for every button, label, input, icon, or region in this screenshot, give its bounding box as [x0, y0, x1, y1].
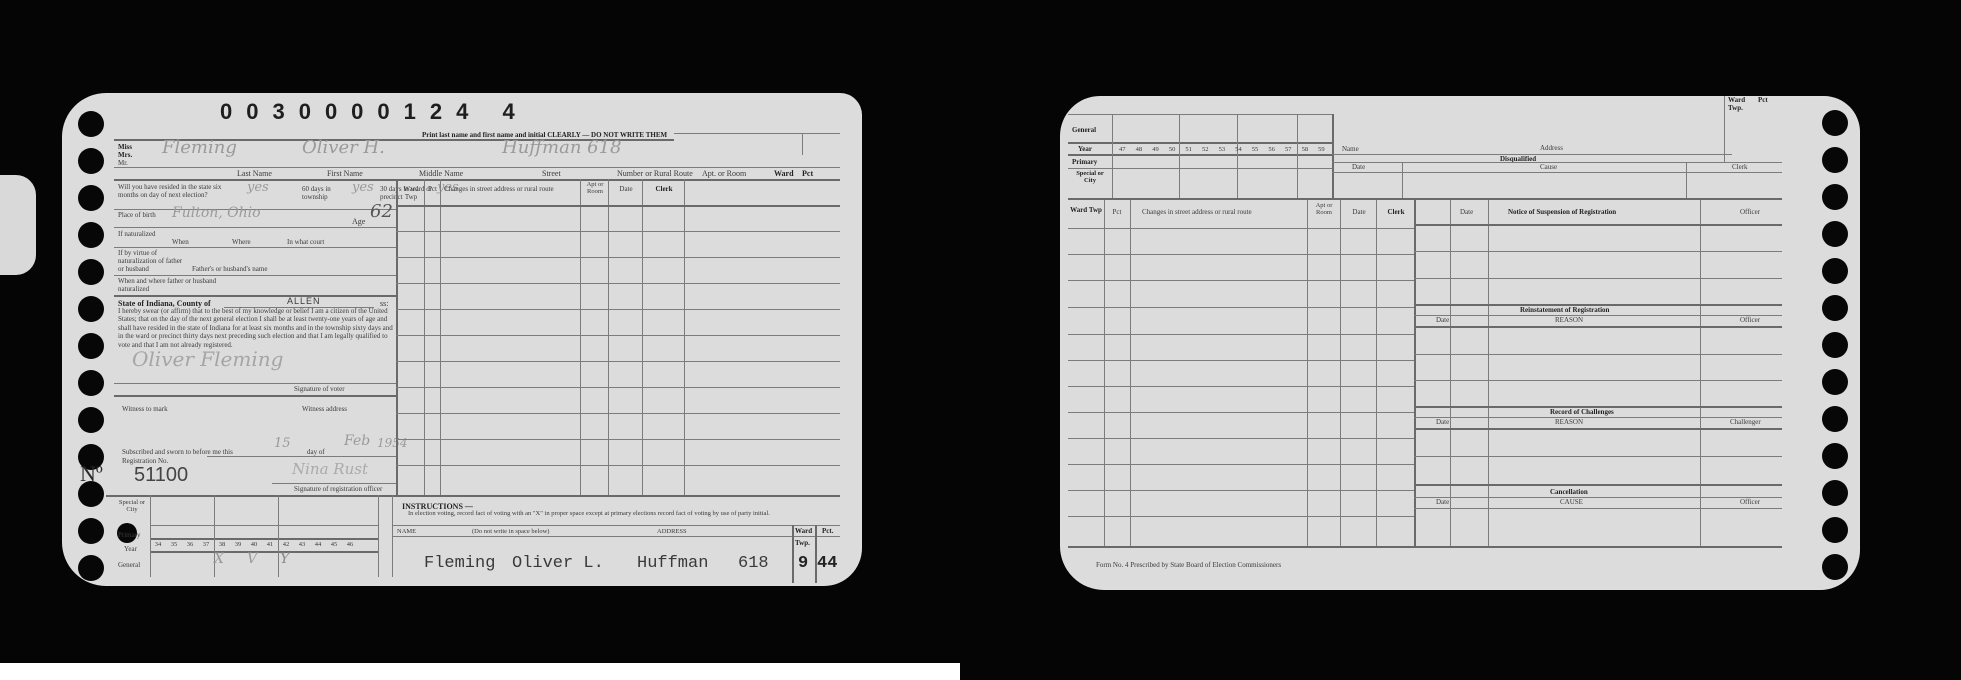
- divider: [1402, 162, 1403, 198]
- general-vote-mark-38: X: [214, 555, 224, 564]
- grid-label-general: General: [118, 561, 140, 570]
- when-where-naturalized-label: When and where father or husband natural…: [118, 277, 218, 293]
- year-cell: 43: [294, 540, 310, 549]
- punch-hole: [78, 296, 104, 322]
- year-cell: 36: [182, 540, 198, 549]
- changes-header-address: Changes in street address or rural route: [444, 185, 554, 194]
- grid-label-year: Year: [124, 545, 137, 554]
- table-row-line: [1068, 412, 1414, 413]
- divider: [1686, 162, 1687, 198]
- typed-first-name: Oliver L.: [512, 559, 604, 568]
- typed-last-name: Fleming: [424, 559, 495, 568]
- divider: [114, 167, 840, 168]
- father-husband-name-label: Father's or husband's name: [192, 265, 267, 274]
- label-street: Street: [542, 169, 561, 178]
- table-row-line: [1068, 386, 1414, 387]
- voter-signature: Oliver Fleming: [132, 355, 283, 364]
- form-footer: Form No. 4 Prescribed by State Board of …: [1096, 561, 1281, 570]
- changes-header-apt: Apt or Room: [582, 181, 608, 195]
- year-cell: 35: [166, 540, 182, 549]
- punch-hole: [78, 407, 104, 433]
- punch-hole: [78, 518, 104, 544]
- back-year-cells: 47 48 49 50 51 52 53 54 55 56 57 58 59: [1114, 145, 1330, 154]
- table-row-line: [396, 439, 840, 440]
- footer-twp-label: Twp.: [795, 539, 810, 548]
- table-row-line: [1068, 280, 1414, 281]
- age-value: 62: [370, 207, 393, 216]
- divider: [272, 483, 396, 484]
- cancellation-date-label: Date: [1436, 498, 1449, 507]
- punch-hole: [1822, 332, 1848, 358]
- punch-hole: [1822, 184, 1848, 210]
- typed-number: 618: [738, 559, 769, 568]
- virtue-label: If by virtue of naturalization of father…: [118, 249, 188, 273]
- front-year-cells: 34 35 36 37 38 39 40 41 42 43 44 45 46: [150, 540, 358, 549]
- table-row-line: [1068, 516, 1414, 517]
- year-cell: 49: [1147, 145, 1164, 154]
- punch-hole: [1822, 480, 1848, 506]
- suspension-officer-label: Officer: [1740, 208, 1760, 217]
- punch-hole: [78, 185, 104, 211]
- table-row-line: [1068, 228, 1414, 229]
- year-cell: 50: [1164, 145, 1181, 154]
- changes-header-ward-twp: Ward Twp: [398, 185, 424, 201]
- table-row-line: [1068, 490, 1414, 491]
- adjacent-card-edge: [0, 175, 36, 275]
- table-row-line: [396, 205, 840, 207]
- back-name-label: Name: [1342, 145, 1359, 154]
- divider: [1414, 224, 1782, 226]
- front-registration-card: 0030000124 4 Print last name and first n…: [62, 93, 862, 586]
- suspension-date-label: Date: [1460, 208, 1473, 217]
- divider: [1179, 114, 1180, 198]
- divider: [114, 295, 396, 297]
- back-clerk-label: Clerk: [1732, 163, 1748, 172]
- footer-ward-label: Ward: [795, 527, 812, 536]
- label-pct: Pct: [802, 169, 813, 178]
- changes-header-pct: Pct: [425, 185, 440, 194]
- back-date-label: Date: [1352, 163, 1365, 172]
- divider: [1237, 114, 1238, 198]
- year-cell: 48: [1131, 145, 1148, 154]
- punch-hole: [78, 222, 104, 248]
- divider: [674, 133, 840, 134]
- reinstatement-reason-label: REASON: [1555, 316, 1583, 325]
- table-row-line: [396, 335, 840, 336]
- label-first-name: First Name: [327, 169, 363, 178]
- divider: [1414, 497, 1782, 498]
- naturalized-where-label: Where: [232, 238, 251, 247]
- typed-pct: 44: [817, 559, 837, 568]
- divider: [1340, 200, 1341, 546]
- divider: [608, 179, 609, 495]
- divider: [792, 525, 794, 583]
- divider: [1414, 508, 1782, 509]
- back-cause-label: Cause: [1540, 163, 1557, 172]
- divider: [114, 179, 840, 181]
- back-grid-label-special-city: Special or City: [1070, 170, 1110, 184]
- table-row-line: [1068, 254, 1414, 255]
- witness-address-label: Witness address: [302, 405, 347, 414]
- cancellation-title: Cancellation: [1550, 488, 1588, 497]
- label-middle-name: Middle Name: [419, 169, 463, 178]
- oath-county-value: ALLEN: [287, 297, 321, 306]
- divider: [392, 536, 840, 537]
- punch-hole: [1822, 258, 1848, 284]
- divider: [802, 133, 803, 155]
- year-cell: 39: [230, 540, 246, 549]
- reinstatement-officer-label: Officer: [1740, 316, 1760, 325]
- punch-hole: [1822, 147, 1848, 173]
- footer-name-label: NAME: [397, 527, 416, 536]
- divider: [1307, 200, 1308, 546]
- back-changes-header-address: Changes in street address or rural route: [1142, 208, 1252, 217]
- divider: [207, 456, 396, 457]
- year-cell: 51: [1180, 145, 1197, 154]
- table-row-line: [396, 283, 840, 284]
- label-last-name: Last Name: [237, 169, 272, 178]
- punch-hole: [78, 555, 104, 581]
- divider: [424, 179, 425, 495]
- divider: [150, 538, 378, 540]
- divider: [440, 179, 441, 495]
- year-cell: 52: [1197, 145, 1214, 154]
- challenges-challenger-label: Challenger: [1730, 418, 1761, 427]
- divider: [1112, 114, 1113, 198]
- officer-signature: Nina Rust: [292, 465, 368, 474]
- back-changes-header-date: Date: [1342, 208, 1376, 217]
- year-cell: 59: [1313, 145, 1330, 154]
- punch-hole: [1822, 443, 1848, 469]
- footer-note: (Do not write in space below): [472, 527, 549, 536]
- divider: [1068, 154, 1332, 156]
- punch-hole: [1822, 554, 1848, 580]
- year-cell: 42: [278, 540, 294, 549]
- divider: [114, 247, 396, 248]
- year-cell: 40: [246, 540, 262, 549]
- footer-pct-label: Pct.: [822, 527, 833, 536]
- divider: [1414, 315, 1782, 316]
- year-cell: 44: [310, 540, 326, 549]
- residency-answer-township: yes: [352, 183, 374, 192]
- back-grid-label-general: General: [1072, 126, 1096, 135]
- scan-border-strip: [0, 663, 960, 680]
- back-address-label: Address: [1540, 144, 1563, 153]
- divider: [1068, 142, 1332, 144]
- challenges-reason-label: REASON: [1555, 418, 1583, 427]
- reinstatement-date-label: Date: [1436, 316, 1449, 325]
- back-ward-twp-label: Ward Twp.: [1728, 96, 1752, 112]
- divider: [1414, 251, 1782, 252]
- punch-hole: [78, 370, 104, 396]
- punch-hole: [78, 333, 104, 359]
- birth-place-label: Place of birth: [118, 211, 158, 219]
- divider: [378, 495, 379, 577]
- divider: [1068, 114, 1332, 115]
- punch-hole: [1822, 517, 1848, 543]
- back-changes-header-pct: Pct: [1106, 208, 1128, 217]
- divider: [1414, 354, 1782, 355]
- oath-text: I hereby swear (or affirm) that to the b…: [118, 307, 396, 349]
- divider: [1068, 546, 1782, 548]
- registration-number: 51100: [134, 471, 188, 480]
- divider: [1332, 114, 1334, 198]
- punch-hole: [1822, 369, 1848, 395]
- divider: [1724, 96, 1725, 162]
- year-cell: 45: [326, 540, 342, 549]
- typed-street: Huffman: [637, 559, 708, 568]
- handwritten-first-name: Oliver H.: [302, 143, 385, 152]
- divider: [114, 395, 396, 397]
- voter-signature-label: Signature of voter: [294, 385, 345, 394]
- divider: [1414, 380, 1782, 381]
- divider: [1376, 200, 1377, 546]
- year-cell: 37: [198, 540, 214, 549]
- punch-hole: [1822, 221, 1848, 247]
- cancellation-cause-label: CAUSE: [1560, 498, 1583, 507]
- witness-mark-label: Witness to mark: [122, 405, 168, 414]
- back-grid-label-primary: Primary: [1072, 158, 1097, 167]
- year-cell: 57: [1280, 145, 1297, 154]
- table-row-line: [1068, 438, 1414, 439]
- residency-question: Will you have resided in the state six m…: [118, 183, 238, 199]
- year-cell: 53: [1214, 145, 1231, 154]
- label-apt-room: Apt. or Room: [702, 169, 746, 178]
- handwritten-street: Huffman 618: [502, 143, 622, 152]
- label-number-route: Number or Rural Route: [617, 169, 693, 178]
- divider: [278, 495, 279, 577]
- divider: [1332, 172, 1782, 173]
- divider: [150, 525, 378, 526]
- back-changes-header-apt: Apt or Room: [1309, 202, 1339, 216]
- divider: [1130, 200, 1131, 546]
- divider: [392, 525, 840, 526]
- table-row-line: [1068, 360, 1414, 361]
- naturalized-when-label: When: [172, 238, 189, 247]
- grid-label-special-city: Special or City: [117, 499, 147, 513]
- subscribed-month-value: Feb: [344, 437, 370, 446]
- year-cell: 47: [1114, 145, 1131, 154]
- back-grid-label-year: Year: [1078, 145, 1092, 154]
- residency-answer-state: yes: [247, 183, 269, 192]
- residency-township-label: 60 days in township: [302, 185, 357, 201]
- table-row-line: [396, 413, 840, 414]
- divider: [642, 179, 643, 495]
- back-registration-card: General Year Primary Special or City 47 …: [1060, 96, 1860, 590]
- serial-number: 0030000124 4: [220, 107, 529, 116]
- divider: [106, 495, 840, 497]
- divider: [1414, 428, 1782, 430]
- signature-line: [114, 383, 396, 384]
- divider: [1414, 484, 1782, 486]
- table-row-line: [396, 231, 840, 232]
- divider: [114, 227, 396, 228]
- table-row-line: [396, 465, 840, 466]
- divider: [1332, 162, 1782, 163]
- label-ward: Ward: [774, 169, 794, 178]
- challenges-date-label: Date: [1436, 418, 1449, 427]
- registration-number-prefix: Nº: [80, 469, 103, 478]
- back-changes-header-ward-twp: Ward Twp: [1070, 206, 1102, 214]
- table-row-line: [396, 309, 840, 310]
- punch-hole: [78, 148, 104, 174]
- suspension-title: Notice of Suspension of Registration: [1508, 208, 1616, 217]
- year-cell: 34: [150, 540, 166, 549]
- punch-hole: [1822, 295, 1848, 321]
- reinstatement-title: Reinstatement of Registration: [1520, 306, 1609, 315]
- divider: [1414, 326, 1782, 328]
- divider: [150, 551, 378, 553]
- footer-address-label: ADDRESS: [657, 527, 687, 536]
- handwritten-last-name: Fleming: [162, 143, 237, 152]
- naturalized-label: If naturalized: [118, 230, 162, 238]
- divider: [1297, 114, 1298, 198]
- age-label: Age: [352, 217, 365, 226]
- table-row-line: [1068, 307, 1414, 308]
- back-pct-label: Pct: [1758, 96, 1768, 105]
- table-row-line: [396, 387, 840, 388]
- year-cell: 38: [214, 540, 230, 549]
- divider: [1068, 168, 1332, 169]
- year-cell: 56: [1263, 145, 1280, 154]
- general-vote-mark-42: Y: [280, 555, 289, 564]
- divider: [150, 495, 151, 577]
- divider: [1104, 200, 1105, 546]
- divider: [1414, 417, 1782, 418]
- naturalized-court-label: In what court: [287, 238, 324, 247]
- year-cell: 58: [1297, 145, 1314, 154]
- changes-header-clerk: Clerk: [644, 185, 684, 194]
- divider: [114, 275, 396, 276]
- punch-hole: [78, 111, 104, 137]
- punch-hole: [78, 259, 104, 285]
- cancellation-officer-label: Officer: [1740, 498, 1760, 507]
- punch-hole: [1822, 110, 1848, 136]
- subscribed-day-value: 15: [274, 439, 291, 448]
- divider: [580, 179, 581, 495]
- general-vote-mark-40: V: [247, 555, 257, 564]
- table-row-line: [1068, 464, 1414, 465]
- birth-place-value: Fulton, Ohio: [172, 209, 261, 218]
- divider: [1068, 198, 1782, 200]
- divider: [1414, 456, 1782, 457]
- changes-header-date: Date: [610, 185, 642, 194]
- officer-signature-label: Signature of registration officer: [294, 485, 382, 494]
- year-cell: 41: [262, 540, 278, 549]
- year-cell: 54: [1230, 145, 1247, 154]
- table-row-line: [1068, 334, 1414, 335]
- grid-label-primary: Primary: [118, 531, 141, 540]
- year-cell: 46: [342, 540, 358, 549]
- punch-hole: [1822, 406, 1848, 432]
- year-cell: 55: [1247, 145, 1264, 154]
- table-row-line: [396, 361, 840, 362]
- subscribed-year-value: 1954: [377, 439, 408, 448]
- challenges-title: Record of Challenges: [1550, 408, 1614, 417]
- table-row-line: [396, 257, 840, 258]
- back-changes-header-clerk: Clerk: [1378, 208, 1414, 217]
- divider: [1414, 278, 1782, 279]
- divider: [396, 179, 398, 495]
- typed-ward: 9: [798, 559, 808, 568]
- divider: [684, 179, 685, 495]
- instructions-text: In election voting, record fact of votin…: [408, 510, 828, 518]
